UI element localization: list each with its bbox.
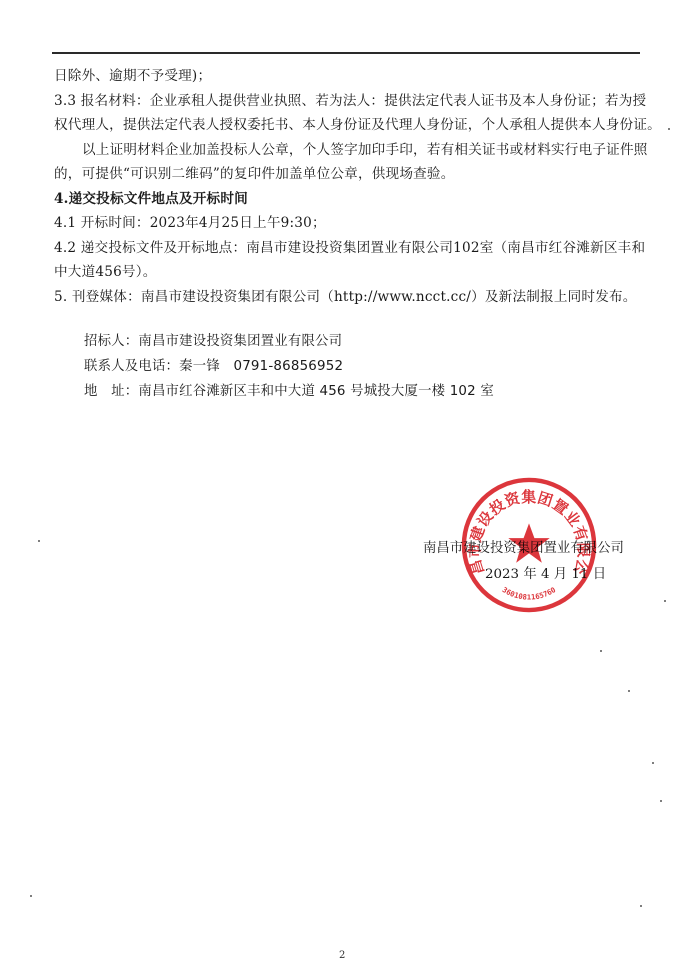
scan-speck (668, 128, 670, 130)
text-line: 4.2 递交投标文件及开标地点：南昌市建设投资集团置业有限公司102室（南昌市红… (54, 236, 644, 261)
text-line: 3.3 报名材料：企业承租人提供营业执照、若为法人：提供法定代表人证书及本人身份… (54, 89, 644, 114)
scan-speck (652, 762, 654, 764)
header-rule (52, 52, 640, 54)
page-number: 2 (339, 950, 345, 960)
contact-line: 联系人及电话：秦一锋 0791-86856952 (54, 354, 644, 379)
text-line: 5. 刊登媒体：南昌市建设投资集团有限公司（http://www.ncct.cc… (54, 285, 644, 310)
text-line: 中大道456号）。 (54, 260, 644, 285)
text-line: 日除外、逾期不予受理)； (54, 64, 644, 89)
document-body: 日除外、逾期不予受理)； 3.3 报名材料：企业承租人提供营业执照、若为法人：提… (54, 64, 644, 404)
scan-speck (38, 540, 40, 542)
scan-speck (600, 650, 602, 652)
scan-speck (30, 895, 32, 897)
scan-speck (664, 600, 666, 602)
scan-speck (660, 800, 662, 802)
scan-speck (628, 690, 630, 692)
section-heading: 4.递交投标文件地点及开标时间 (54, 187, 644, 212)
tenderer-line: 招标人：南昌市建设投资集团置业有限公司 (54, 329, 644, 354)
text-line: 以上证明材料企业加盖投标人公章，个人签字加印手印，若有相关证书或材料实行电子证件… (54, 138, 644, 163)
svg-text:南昌市建设投资集团置业有限公司: 南昌市建设投资集团置业有限公司 (460, 476, 592, 577)
text-line: 权代理人，提供法定代表人授权委托书、本人身份证及代理人身份证，个人承租人提供本人… (54, 113, 644, 138)
svg-text:3601081165760: 3601081165760 (501, 585, 558, 602)
text-line: 的，可提供“可识别二维码”的复印件加盖单位公章，供现场查验。 (54, 162, 644, 187)
scan-speck (640, 905, 642, 907)
address-line: 地 址：南昌市红谷滩新区丰和中大道 456 号城投大厦一楼 102 室 (54, 379, 644, 404)
text-line: 4.1 开标时间：2023年4月25日上午9:30； (54, 211, 644, 236)
company-seal-icon: 南昌市建设投资集团置业有限公司 3601081165760 (460, 476, 598, 614)
